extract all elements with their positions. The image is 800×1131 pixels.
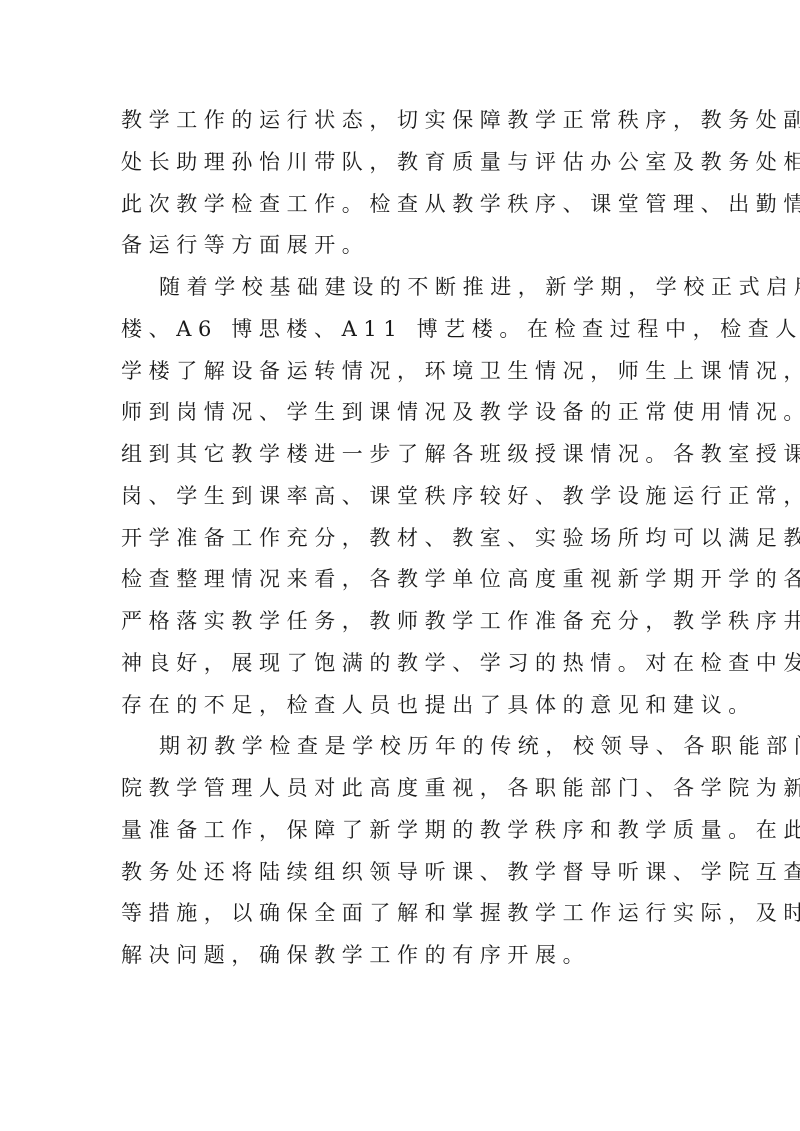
text-line: 备运行等方面展开。	[121, 225, 683, 267]
text-line: 院教学管理人员对此高度重视，各职能部门、各学院为新学期做了大	[121, 768, 683, 810]
text-line: 教学工作的运行状态，切实保障教学正常秩序，教务处副处长程玉林、	[121, 100, 683, 142]
text-line: 随着学校基础建设的不断推进，新学期，学校正式启用 A5 博行	[121, 267, 683, 309]
document-body: 教学工作的运行状态，切实保障教学正常秩序，教务处副处长程玉林、 处长助理孙怡川带…	[121, 100, 683, 977]
text-line: 期初教学检查是学校历年的传统，校领导、各职能部门、二级学	[121, 726, 683, 768]
text-line: 组到其它教学楼进一步了解各班级授课情况。各教室授课教师按时到	[121, 434, 683, 476]
paragraph-1: 教学工作的运行状态，切实保障教学正常秩序，教务处副处长程玉林、 处长助理孙怡川带…	[121, 100, 683, 267]
text-line: 严格落实教学任务，教师教学工作准备充分，教学秩序井然，师生精	[121, 601, 683, 643]
text-line: 此次教学检查工作。检查从教学秩序、课堂管理、出勤情况、教学设	[121, 184, 683, 226]
text-line: 学楼了解设备运转情况，环境卫生情况，师生上课情况，及时掌握教	[121, 351, 683, 393]
text-line: 等措施，以确保全面了解和掌握教学工作运行实际，及时发现问题、	[121, 893, 683, 935]
paragraph-3: 期初教学检查是学校历年的传统，校领导、各职能部门、二级学 院教学管理人员对此高度…	[121, 726, 683, 977]
text-line: 教务处还将陆续组织领导听课、教学督导听课、学院互查、专项检查	[121, 852, 683, 894]
text-line: 处长助理孙怡川带队，教育质量与评估办公室及教务处相关人员参与	[121, 142, 683, 184]
text-line: 存在的不足，检查人员也提出了具体的意见和建议。	[121, 685, 683, 727]
text-line: 检查整理情况来看，各教学单位高度重视新学期开学的各项教学工作，	[121, 559, 683, 601]
text-line: 解决问题，确保教学工作的有序开展。	[121, 935, 683, 977]
text-line: 神良好，展现了饱满的教学、学习的热情。对在检查中发现的问题和	[121, 643, 683, 685]
text-line: 楼、A6 博思楼、A11 博艺楼。在检查过程中，检查人员首先到新建教	[121, 309, 683, 351]
text-line: 开学准备工作充分，教材、教室、实验场所均可以满足教学需求。从	[121, 518, 683, 560]
paragraph-2: 随着学校基础建设的不断推进，新学期，学校正式启用 A5 博行 楼、A6 博思楼、…	[121, 267, 683, 726]
text-line: 量准备工作，保障了新学期的教学秩序和教学质量。在此次检查之后，	[121, 810, 683, 852]
text-line: 师到岗情况、学生到课情况及教学设备的正常使用情况。随后，检查	[121, 392, 683, 434]
document-page: 教学工作的运行状态，切实保障教学正常秩序，教务处副处长程玉林、 处长助理孙怡川带…	[0, 0, 800, 1131]
text-line: 岗、学生到课率高、课堂秩序较好、教学设施运行正常，各教学单位	[121, 476, 683, 518]
